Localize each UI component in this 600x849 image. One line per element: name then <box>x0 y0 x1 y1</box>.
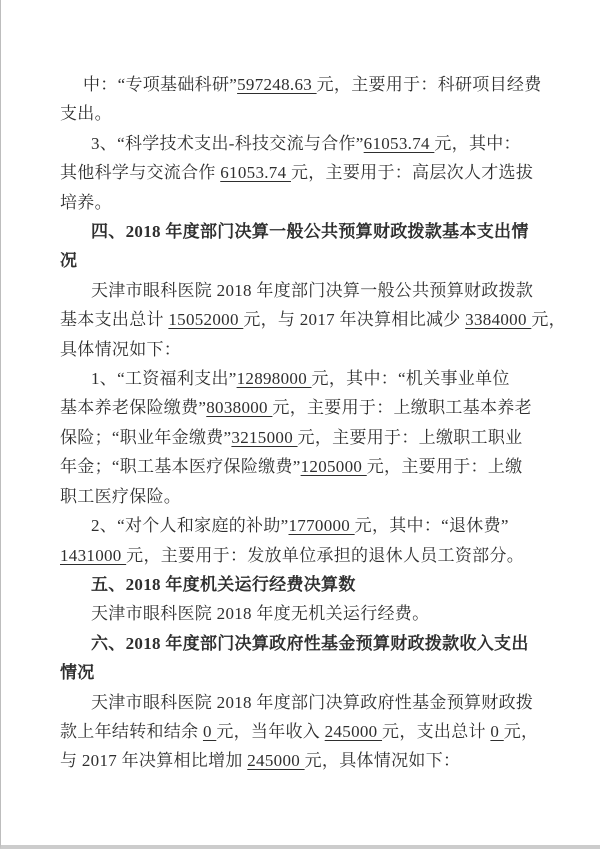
text-run: 元，当年收入 <box>216 722 324 741</box>
text-run: 六、2018 年度部门决算政府性基金预算财政拨款收入支出 <box>91 634 529 653</box>
text-run: 具体情况如下： <box>60 340 181 359</box>
section-heading-line: 况 <box>60 246 550 275</box>
underlined-number: 0 <box>203 722 216 741</box>
text-line: 天津市眼科医院 2018 年度部门决算一般公共预算财政拨款 <box>60 276 550 305</box>
text-line: 天津市眼科医院 2018 年度无机关运行经费。 <box>60 599 550 628</box>
text-line: 2、“对个人和家庭的补助”1770000 元，其中：“退休费” <box>60 511 550 540</box>
text-run: 元，支出总计 <box>382 722 490 741</box>
text-line: 年金；“职工基本医疗保险缴费”1205000 元，主要用于：上缴 <box>60 452 550 481</box>
text-run: 2、“对个人和家庭的补助” <box>91 516 289 535</box>
section-heading-line: 六、2018 年度部门决算政府性基金预算财政拨款收入支出 <box>60 629 550 658</box>
text-run: 天津市眼科医院 2018 年度无机关运行经费。 <box>91 604 429 623</box>
text-run: 元， <box>504 722 539 741</box>
text-run: 元， <box>531 310 566 329</box>
text-line: 支出。 <box>60 99 550 128</box>
text-run: 元，其中：“机关事业单位 <box>312 369 510 388</box>
text-run: 中：“专项基础科研” <box>83 75 237 94</box>
section-heading-line: 四、2018 年度部门决算一般公共预算财政拨款基本支出情 <box>60 217 550 246</box>
text-run: 情况 <box>60 663 95 682</box>
text-run: 四、2018 年度部门决算一般公共预算财政拨款基本支出情 <box>91 222 529 241</box>
underlined-number: 61053.74 <box>220 163 291 182</box>
document-page: 中：“专项基础科研”597248.63 元，主要用于：科研项目经费支出。3、“科… <box>0 0 600 849</box>
section-heading-line: 情况 <box>60 658 550 687</box>
text-run: 况 <box>60 251 77 270</box>
text-run: 保险；“职业年金缴费” <box>60 428 231 447</box>
text-run: 年金；“职工基本医疗保险缴费” <box>60 457 301 476</box>
text-line: 基本支出总计 15052000 元，与 2017 年决算相比减少 3384000… <box>60 305 550 334</box>
text-run: 元，其中： <box>434 134 521 153</box>
text-run: 支出。 <box>60 104 112 123</box>
text-run: 元，主要用于：上缴 <box>367 457 523 476</box>
text-run: 元，主要用于：上缴职工基本养老 <box>272 398 532 417</box>
text-run: 元，主要用于：上缴职工职业 <box>298 428 523 447</box>
text-line: 3、“科学技术支出-科技交流与合作”61053.74 元，其中： <box>60 129 550 158</box>
text-run: 天津市眼科医院 2018 年度部门决算政府性基金预算财政拨 <box>91 693 533 712</box>
text-line: 保险；“职业年金缴费”3215000 元，主要用于：上缴职工职业 <box>60 423 550 452</box>
text-run: 款上年结转和结余 <box>60 722 203 741</box>
text-line: 中：“专项基础科研”597248.63 元，主要用于：科研项目经费 <box>60 70 550 99</box>
underlined-number: 8038000 <box>206 398 272 417</box>
text-run: 元，具体情况如下： <box>305 751 461 770</box>
text-run: 元，主要用于：科研项目经费 <box>317 75 542 94</box>
text-line: 1431000 元，主要用于：发放单位承担的退休人员工资部分。 <box>60 541 550 570</box>
text-line: 与 2017 年决算相比增加 245000 元，具体情况如下： <box>60 746 550 775</box>
text-run: 培养。 <box>60 193 112 212</box>
text-run: 1、“工资福利支出” <box>91 369 237 388</box>
underlined-number: 0 <box>490 722 503 741</box>
text-run: 3、“科学技术支出-科技交流与合作” <box>91 134 364 153</box>
underlined-number: 3384000 <box>465 310 531 329</box>
text-run: 基本养老保险缴费” <box>60 398 206 417</box>
underlined-number: 1205000 <box>301 457 367 476</box>
underlined-number: 245000 <box>247 751 304 770</box>
text-run: 元，主要用于：高层次人才选拔 <box>291 163 533 182</box>
text-line: 职工医疗保险。 <box>60 482 550 511</box>
text-line: 具体情况如下： <box>60 335 550 364</box>
text-run: 五、2018 年度机关运行经费决算数 <box>91 575 356 594</box>
underlined-number: 597248.63 <box>237 75 317 94</box>
text-run: 职工医疗保险。 <box>60 487 181 506</box>
text-line: 基本养老保险缴费”8038000 元，主要用于：上缴职工基本养老 <box>60 393 550 422</box>
underlined-number: 245000 <box>325 722 382 741</box>
section-heading-line: 五、2018 年度机关运行经费决算数 <box>60 570 550 599</box>
text-line: 款上年结转和结余 0 元，当年收入 245000 元，支出总计 0 元， <box>60 717 550 746</box>
underlined-number: 3215000 <box>231 428 297 447</box>
text-run: 元，主要用于：发放单位承担的退休人员工资部分。 <box>126 546 524 565</box>
document-body: 中：“专项基础科研”597248.63 元，主要用于：科研项目经费支出。3、“科… <box>60 70 550 776</box>
text-line: 1、“工资福利支出”12898000 元，其中：“机关事业单位 <box>60 364 550 393</box>
text-run: 基本支出总计 <box>60 310 168 329</box>
text-run: 元，其中：“退休费” <box>355 516 509 535</box>
text-run: 天津市眼科医院 2018 年度部门决算一般公共预算财政拨款 <box>91 281 533 300</box>
underlined-number: 61053.74 <box>364 134 435 153</box>
underlined-number: 12898000 <box>237 369 312 388</box>
text-run: 元，与 2017 年决算相比减少 <box>243 310 465 329</box>
text-run: 其他科学与交流合作 <box>60 163 220 182</box>
text-line: 培养。 <box>60 188 550 217</box>
text-run: 与 2017 年决算相比增加 <box>60 751 247 770</box>
underlined-number: 1770000 <box>289 516 355 535</box>
text-line: 其他科学与交流合作 61053.74 元，主要用于：高层次人才选拔 <box>60 158 550 187</box>
text-line: 天津市眼科医院 2018 年度部门决算政府性基金预算财政拨 <box>60 688 550 717</box>
underlined-number: 1431000 <box>60 546 126 565</box>
underlined-number: 15052000 <box>168 310 243 329</box>
